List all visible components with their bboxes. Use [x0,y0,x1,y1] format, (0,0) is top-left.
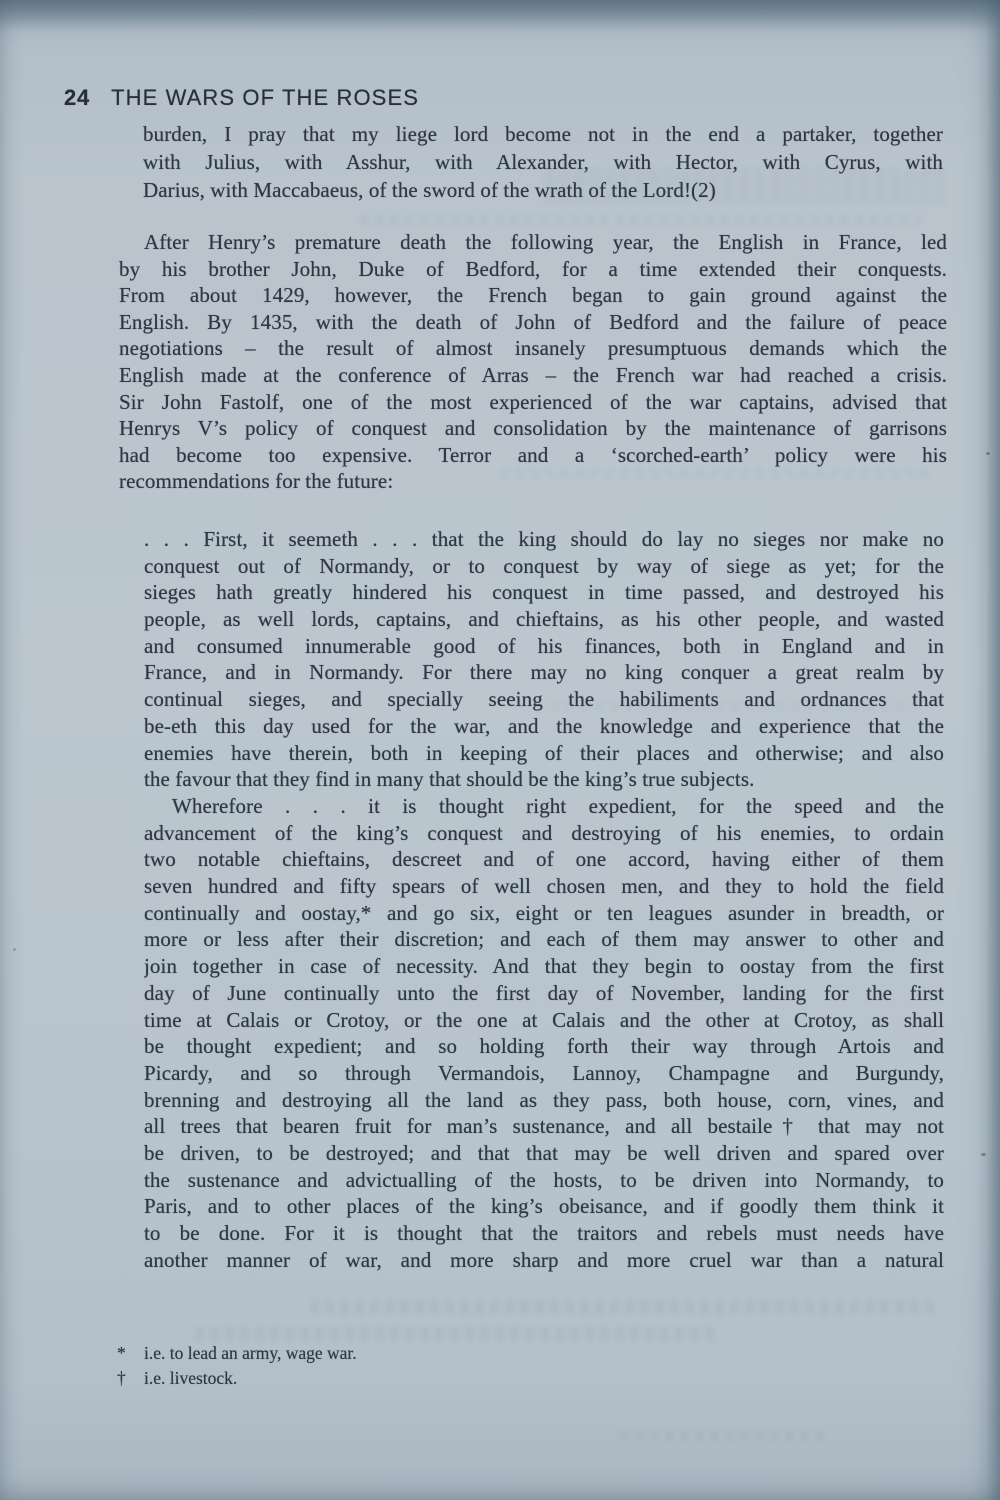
text-line: Wherefore . . . it is thought right expe… [144,793,944,820]
fastolf-memorandum-part-2: Wherefore . . . it is thought right expe… [144,793,944,1273]
text-line: conquest out of Normandy, or to conquest… [144,553,944,580]
footnote: *i.e. to lead an army, wage war. [117,1341,357,1366]
text-line: France, and in Normandy. For there may n… [144,659,944,686]
text-line: enemies have therein, both in keeping of… [144,740,944,767]
text-line: the sustenance and advictualling of the … [144,1167,944,1194]
text-line: be driven, to be destroyed; and that tha… [144,1140,944,1167]
text-line: sieges hath greatly hindered his conques… [144,579,944,606]
text-line: with Julius, with Asshur, with Alexander… [143,148,943,176]
page-header: 24THE WARS OF THE ROSES [64,87,419,109]
bleed-through-text [620,1430,830,1441]
text-line: be-eth this day used for the war, and th… [144,713,944,740]
text-line: English. By 1435, with the death of John… [119,309,947,336]
ink-speck [13,948,16,951]
bleed-through-text [310,1300,940,1314]
text-line: join together in case of necessity. And … [144,953,944,980]
text-line: recommendations for the future: [119,468,947,495]
page-edge-shadow-right [986,0,1000,1500]
scanned-book-page: 24THE WARS OF THE ROSES burden, I pray t… [0,0,1000,1500]
text-line: and consumed innumerable good of his fin… [144,633,944,660]
text-line: time at Calais or Crotoy, or the one at … [144,1007,944,1034]
text-line: all trees that bearen fruit for man’s su… [144,1113,944,1140]
bleed-through-text [195,1327,715,1341]
text-line: advancement of the king’s conquest and d… [144,820,944,847]
text-line: English made at the conference of Arras … [119,362,947,389]
text-line: by his brother John, Duke of Bedford, fo… [119,256,947,283]
text-line: brenning and destroying all the land as … [144,1087,944,1114]
bleed-through-text [360,214,920,227]
text-line: negotiations – the result of almost insa… [119,335,947,362]
quoted-passage-continuation: burden, I pray that my liege lord become… [143,120,943,204]
footnote-text: i.e. livestock. [144,1366,237,1391]
narrative-paragraph: After Henry’s premature death the follow… [119,229,947,495]
text-line: two notable chieftains, descreet and of … [144,846,944,873]
text-line: be thought expedient; and so holding for… [144,1033,944,1060]
text-line: burden, I pray that my liege lord become… [143,120,943,148]
footnote: †i.e. livestock. [117,1366,357,1391]
page-edge-shadow-top [0,0,1000,30]
footnote-text: i.e. to lead an army, wage war. [144,1341,357,1366]
text-line: Paris, and to other places of the king’s… [144,1193,944,1220]
text-line: From about 1429, however, the French beg… [119,282,947,309]
fastolf-memorandum-part-1: . . . First, it seemeth . . . that the k… [144,526,944,793]
text-line: Darius, with Maccabaeus, of the sword of… [143,176,943,204]
running-title: THE WARS OF THE ROSES [111,85,419,110]
footnotes: *i.e. to lead an army, wage war.†i.e. li… [117,1341,357,1391]
text-line: Henrys V’s policy of conquest and consol… [119,415,947,442]
text-line: the favour that they find in many that s… [144,766,944,793]
text-line: had become too expensive. Terror and a ‘… [119,442,947,469]
text-line: continual sieges, and specially seeing t… [144,686,944,713]
text-line: another manner of war, and more sharp an… [144,1247,944,1274]
text-line: . . . First, it seemeth . . . that the k… [144,526,944,553]
footnote-symbol: † [117,1366,144,1391]
text-line: to be done. For it is thought that the t… [144,1220,944,1247]
text-line: After Henry’s premature death the follow… [119,229,947,256]
page-number: 24 [64,85,90,110]
text-line: seven hundred and fifty spears of well c… [144,873,944,900]
text-line: continually and oostay,* and go six, eig… [144,900,944,927]
text-line: Sir John Fastolf, one of the most experi… [119,389,947,416]
footnote-symbol: * [117,1341,144,1366]
text-line: Picardy, and so through Vermandois, Lann… [144,1060,944,1087]
text-line: more or less after their discretion; and… [144,926,944,953]
text-line: people, as well lords, captains, and chi… [144,606,944,633]
text-line: day of June continually unto the first d… [144,980,944,1007]
